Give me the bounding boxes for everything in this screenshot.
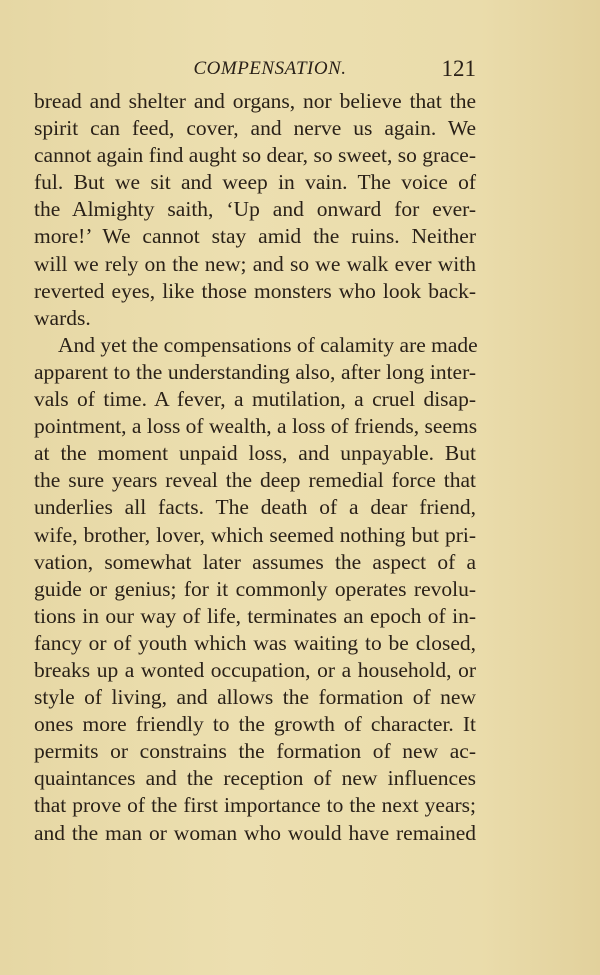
text-line: fancy or of youth which was waiting to b…: [34, 630, 476, 657]
text-line: more!’ We cannot stay amid the ruins. Ne…: [34, 223, 476, 250]
text-line: ful. But we sit and weep in vain. The vo…: [34, 169, 476, 196]
body-text: bread and shelter and organs, nor believ…: [34, 88, 476, 847]
running-title: COMPENSATION.: [34, 58, 476, 80]
text-line: that prove of the first importance to th…: [34, 792, 476, 819]
book-page: COMPENSATION. 121 bread and shelter and …: [0, 0, 600, 975]
text-line: underlies all facts. The death of a dear…: [34, 494, 476, 521]
text-line: quaintances and the reception of new inf…: [34, 765, 476, 792]
text-line: And yet the compensations of calamity ar…: [34, 332, 476, 359]
text-line: and the man or woman who would have rema…: [34, 820, 476, 847]
text-line: cannot again find aught so dear, so swee…: [34, 142, 476, 169]
paragraph-1: bread and shelter and organs, nor believ…: [34, 88, 476, 332]
text-line: guide or genius; for it commonly operate…: [34, 576, 476, 603]
text-line: ones more friendly to the growth of char…: [34, 711, 476, 738]
text-line: the sure years reveal the deep remedial …: [34, 467, 476, 494]
text-line: tions in our way of life, terminates an …: [34, 603, 476, 630]
running-head: COMPENSATION. 121: [34, 56, 476, 82]
text-line: vals of time. A fever, a mutilation, a c…: [34, 386, 476, 413]
text-line: vation, somewhat later assumes the aspec…: [34, 549, 476, 576]
text-line: pointment, a loss of wealth, a loss of f…: [34, 413, 476, 440]
text-line: breaks up a wonted occupation, or a hous…: [34, 657, 476, 684]
paragraph-2: And yet the compensations of calamity ar…: [34, 332, 476, 847]
text-line: wife, brother, lover, which seemed nothi…: [34, 522, 476, 549]
text-line: wards.: [34, 305, 476, 332]
text-line: apparent to the understanding also, afte…: [34, 359, 476, 386]
text-line: the Almighty saith, ‘Up and onward for e…: [34, 196, 476, 223]
text-line: spirit can feed, cover, and nerve us aga…: [34, 115, 476, 142]
text-line: will we rely on the new; and so we walk …: [34, 251, 476, 278]
page-number: 121: [442, 56, 477, 82]
text-line: style of living, and allows the formatio…: [34, 684, 476, 711]
text-line: at the moment unpaid loss, and unpayable…: [34, 440, 476, 467]
text-line: bread and shelter and organs, nor believ…: [34, 88, 476, 115]
text-line: reverted eyes, like those monsters who l…: [34, 278, 476, 305]
text-line: permits or constrains the formation of n…: [34, 738, 476, 765]
